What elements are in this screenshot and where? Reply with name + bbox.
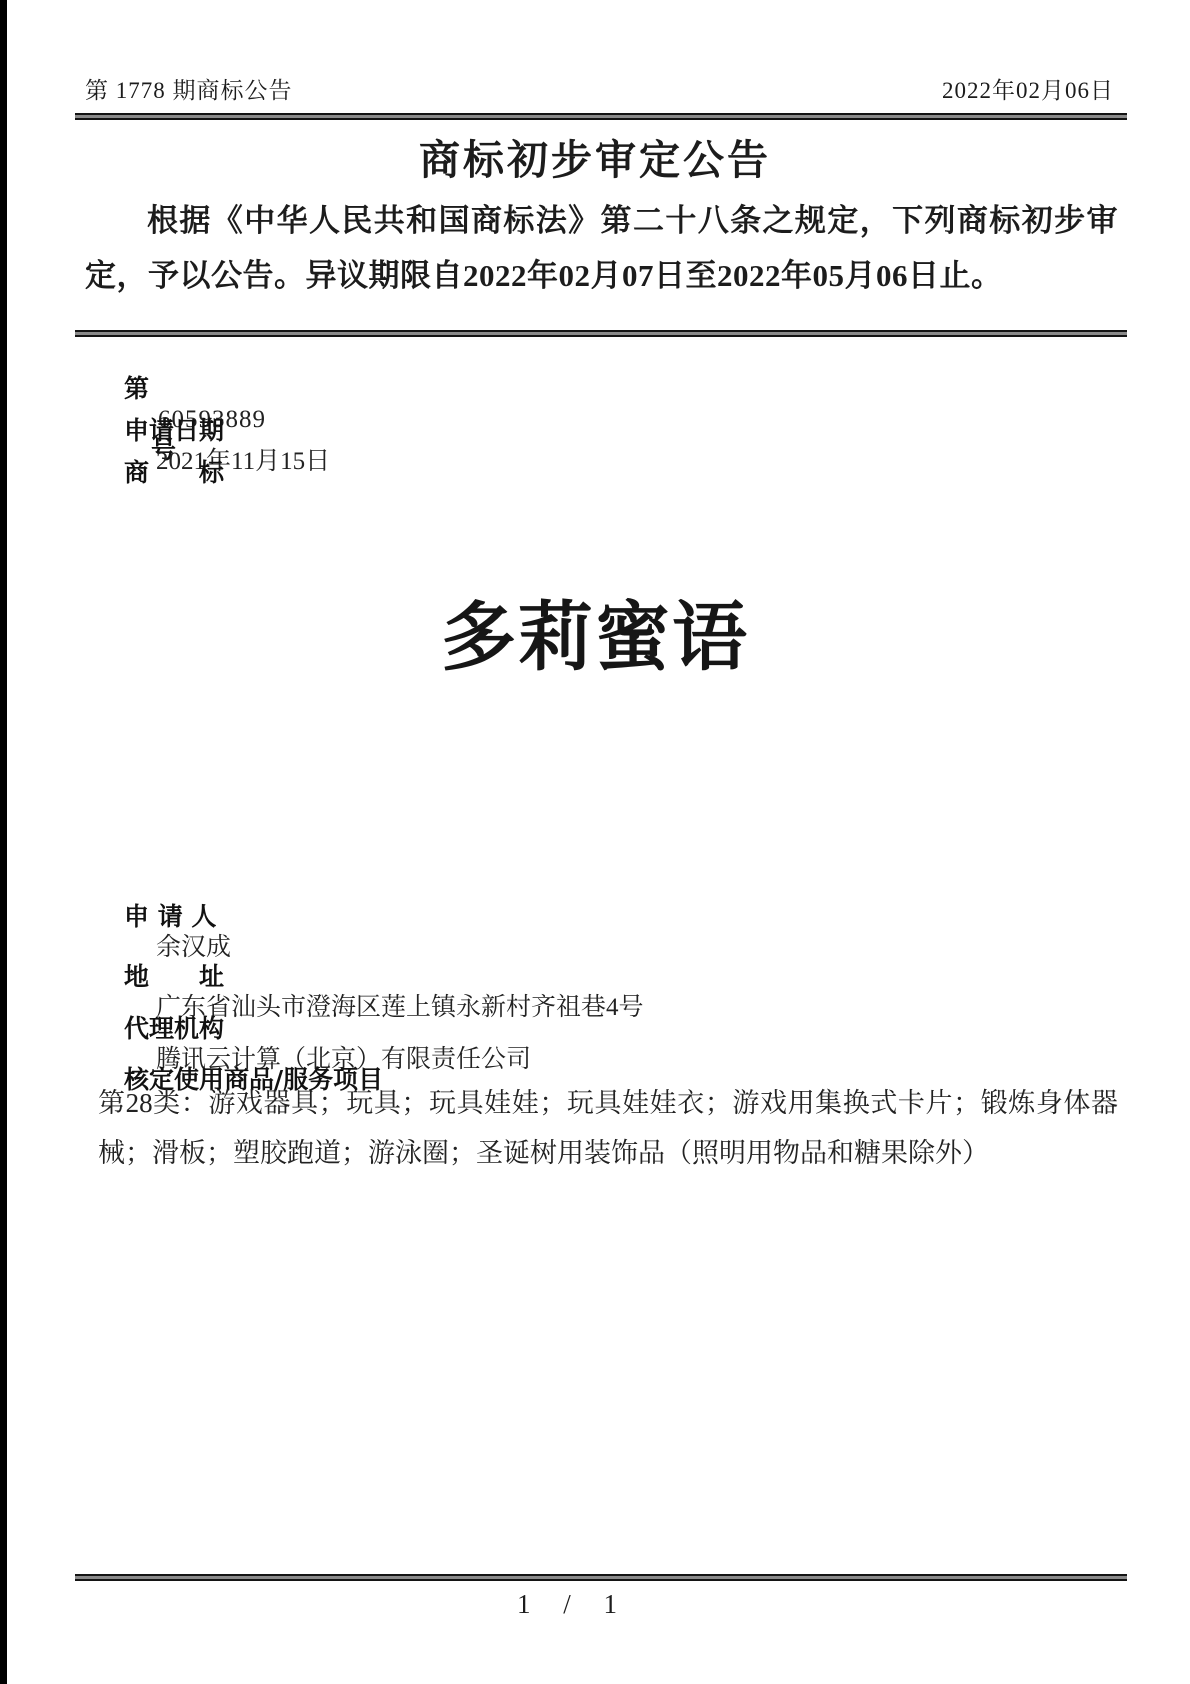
trademark-image: 多莉蜜语 [0,585,1190,695]
section-rule [75,330,1127,337]
page-title: 商标初步审定公告 [0,127,1190,186]
trademark-label: 商 标 [124,458,224,487]
page-total: 1 [604,1589,618,1619]
intro-paragraph: 根据《中华人民共和国商标法》第二十八条之规定，下列商标初步审定，予以公告。异议期… [85,193,1118,303]
goods-list: 第28类：游戏器具；玩具；玩具娃娃；玩具娃娃衣；游戏用集换式卡片；锻炼身体器械；… [98,1078,1118,1178]
trademark-label-row: 商 标 [98,428,224,518]
scan-edge-bar [0,0,7,1684]
gazette-issue: 第 1778 期商标公告 [85,72,293,105]
gazette-page: 第 1778 期商标公告 2022年02月06日 商标初步审定公告 根据《中华人… [0,0,1190,1684]
applicant-label: 申 请 人 [124,902,216,931]
gazette-date: 2022年02月06日 [942,72,1114,105]
header-rule [75,113,1127,120]
footer-rule [75,1574,1127,1581]
page-separator: / [563,1589,571,1619]
page-current: 1 [517,1589,531,1619]
page-number: 1 / 1 [0,1589,1134,1620]
